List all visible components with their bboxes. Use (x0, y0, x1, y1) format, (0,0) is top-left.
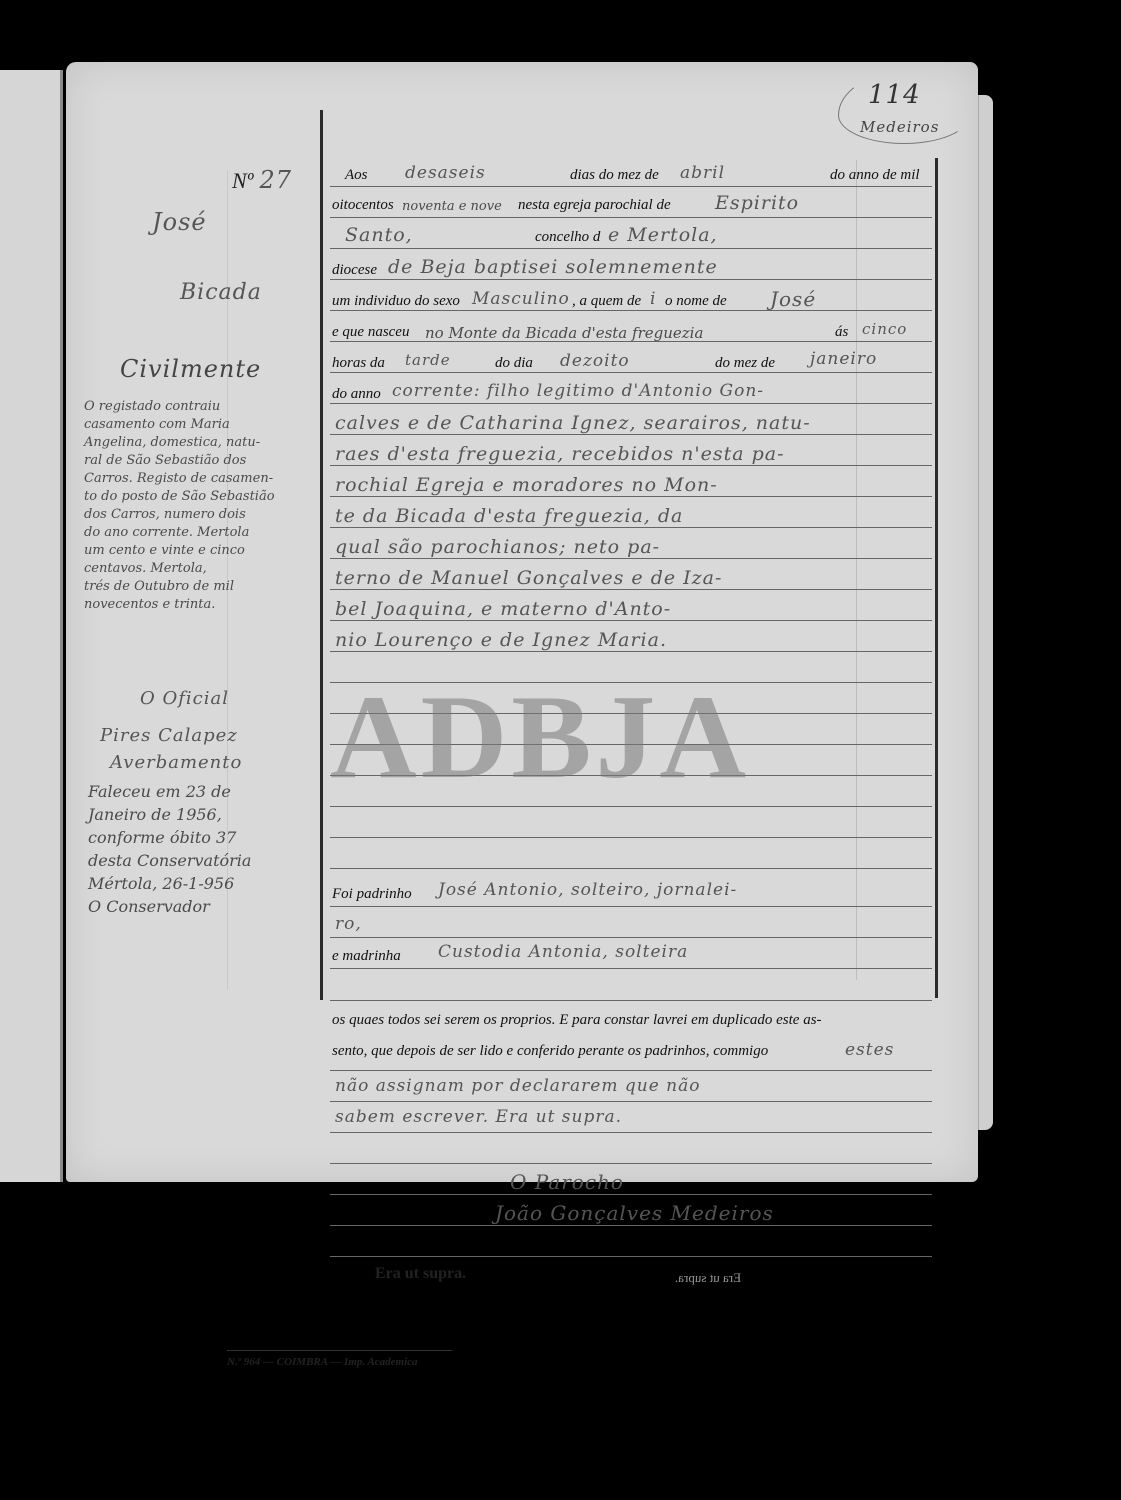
rule-line (330, 310, 932, 311)
fill-month: abril (680, 163, 725, 183)
fill-day: desaseis (405, 163, 486, 183)
fill-closing-2: não assignam por declararem que não (335, 1076, 701, 1096)
era-ut-supra-bleedthrough: Era ut supra. (675, 1270, 741, 1286)
rule-line (330, 1256, 932, 1257)
printed-closing-1: os quaes todos sei serem os proprios. E … (332, 1012, 822, 1029)
archive-watermark: ADBJA (330, 668, 750, 806)
printed-anno: do anno de mil (830, 167, 920, 184)
rule-line (330, 806, 932, 807)
printed-as: ás (835, 324, 848, 341)
rule-line (330, 1163, 932, 1164)
rule-line (330, 1000, 932, 1001)
rule-line (330, 527, 932, 528)
margin-death-note: Faleceu em 23 de Janeiro de 1956, confor… (88, 780, 324, 918)
fill-padrinho: José Antonio, solteiro, jornalei- (438, 880, 737, 900)
margin-marriage-note: O registado contraiu casamento com Maria… (84, 398, 320, 614)
margin-name: José (152, 208, 207, 236)
rule-line (330, 248, 932, 249)
rule-line (330, 186, 932, 187)
fill-grandparents-2: terno de Manuel Gonçalves e de Iza- (335, 567, 722, 589)
rule-line (330, 1070, 932, 1071)
rule-line (330, 868, 932, 869)
printed-quem: , a quem de (572, 293, 641, 310)
printed-madrinha: e madrinha (332, 948, 401, 965)
fill-hour: cinco (862, 320, 907, 338)
right-rule (935, 158, 938, 998)
fill-parish-1: Espirito (715, 192, 799, 214)
fill-year: noventa e nove (402, 199, 502, 214)
fill-grandparents-4: nio Lourenço e de Ignez Maria. (335, 629, 667, 651)
imprint-rule (227, 1350, 452, 1351)
era-ut-supra: Era ut supra. (375, 1265, 466, 1283)
folio-number: 114 (868, 80, 921, 110)
printed-nasceu: e que nasceu (332, 324, 409, 341)
printed-oitocentos: oitocentos (332, 197, 394, 214)
printed-doanno: do anno (332, 386, 381, 403)
entry-number: Nº27 (232, 166, 292, 194)
printed-sexo: um individuo do sexo (332, 293, 460, 310)
margin-official-signature: O Oficial (140, 688, 229, 709)
printed-aos: Aos (345, 167, 368, 184)
printed-egreja: nesta egreja parochial de (518, 197, 671, 214)
fill-period: tarde (405, 351, 451, 369)
fill-parents-3: raes d'esta freguezia, recebidos n'esta … (335, 443, 785, 465)
rule-line (330, 906, 932, 907)
fill-padrinho-cont: ro, (335, 914, 362, 934)
fill-de: i (650, 289, 656, 309)
fill-parents-1: corrente: filho legitimo d'Antonio Gon- (392, 381, 764, 401)
printed-closing-2: sento, que depois de ser lido e conferid… (332, 1043, 768, 1060)
fill-parish-2: Santo, (345, 224, 413, 246)
rule-line (330, 465, 932, 466)
printed-diocese: diocese (332, 262, 377, 279)
rule-line (330, 372, 932, 373)
printed-nome: o nome de (665, 293, 727, 310)
page-stack-edge (978, 95, 993, 1130)
facing-page-edge (0, 70, 63, 1182)
rule-line (330, 589, 932, 590)
margin-death-note-title: Averbamento (110, 752, 242, 773)
fill-given-name: José (770, 287, 816, 311)
rule-line (330, 496, 932, 497)
signature-title: O Parocho (510, 1170, 624, 1194)
entry-number-value: 27 (260, 166, 293, 194)
printed-concelho: concelho d (535, 229, 600, 246)
printed-domez: do mez de (715, 355, 775, 372)
margin-place: Bicada (180, 280, 262, 305)
rule-line (330, 558, 932, 559)
fill-sex: Masculino (472, 289, 570, 309)
printed-dodia: do dia (495, 355, 533, 372)
fill-closing-3: sabem escrever. Era ut supra. (335, 1107, 622, 1127)
fill-parents-4: rochial Egreja e moradores no Mon- (335, 474, 718, 496)
rule-line (330, 1101, 932, 1102)
printer-imprint: N.º 964 — COIMBRA — Imp. Academica (227, 1356, 418, 1368)
rule-line (330, 937, 932, 938)
fill-parents-2: calves e de Catharina Ignez, searairos, … (335, 412, 811, 434)
rule-line (330, 279, 932, 280)
rule-line (330, 1194, 932, 1195)
rule-line (330, 217, 932, 218)
fill-concelho: e Mertola, (608, 224, 718, 246)
rule-line (330, 620, 932, 621)
margin-note-title: Civilmente (120, 355, 261, 383)
fill-parents-5: te da Bicada d'esta freguezia, da (335, 505, 683, 527)
margin-second-signature: Pires Calapez (100, 725, 238, 746)
entry-number-label: Nº (232, 168, 254, 193)
fill-closing-1: estes (845, 1040, 894, 1060)
folio-annotation: Medeiros (860, 118, 939, 136)
fill-birth-month: janeiro (810, 349, 877, 369)
rule-line (330, 837, 932, 838)
rule-line (330, 1225, 932, 1226)
rule-line (330, 403, 932, 404)
rule-line (330, 651, 932, 652)
rule-line (330, 968, 932, 969)
rule-line (330, 434, 932, 435)
fill-diocese: de Beja baptisei solemnemente (388, 256, 718, 278)
fill-birth-day: dezoito (560, 351, 630, 371)
printed-padrinho: Foi padrinho (332, 886, 412, 903)
signature-name: João Gonçalves Medeiros (495, 1201, 774, 1225)
printed-horas: horas da (332, 355, 385, 372)
fill-madrinha: Custodia Antonia, solteira (438, 942, 688, 962)
printed-dias: dias do mez de (570, 167, 659, 184)
fill-birthplace: no Monte da Bicada d'esta freguezia (425, 324, 703, 342)
faint-column-guide (856, 160, 857, 980)
fill-grandparents-1: qual são parochianos; neto pa- (335, 536, 660, 558)
rule-line (330, 1132, 932, 1133)
fill-grandparents-3: bel Joaquina, e materno d'Anto- (335, 598, 671, 620)
